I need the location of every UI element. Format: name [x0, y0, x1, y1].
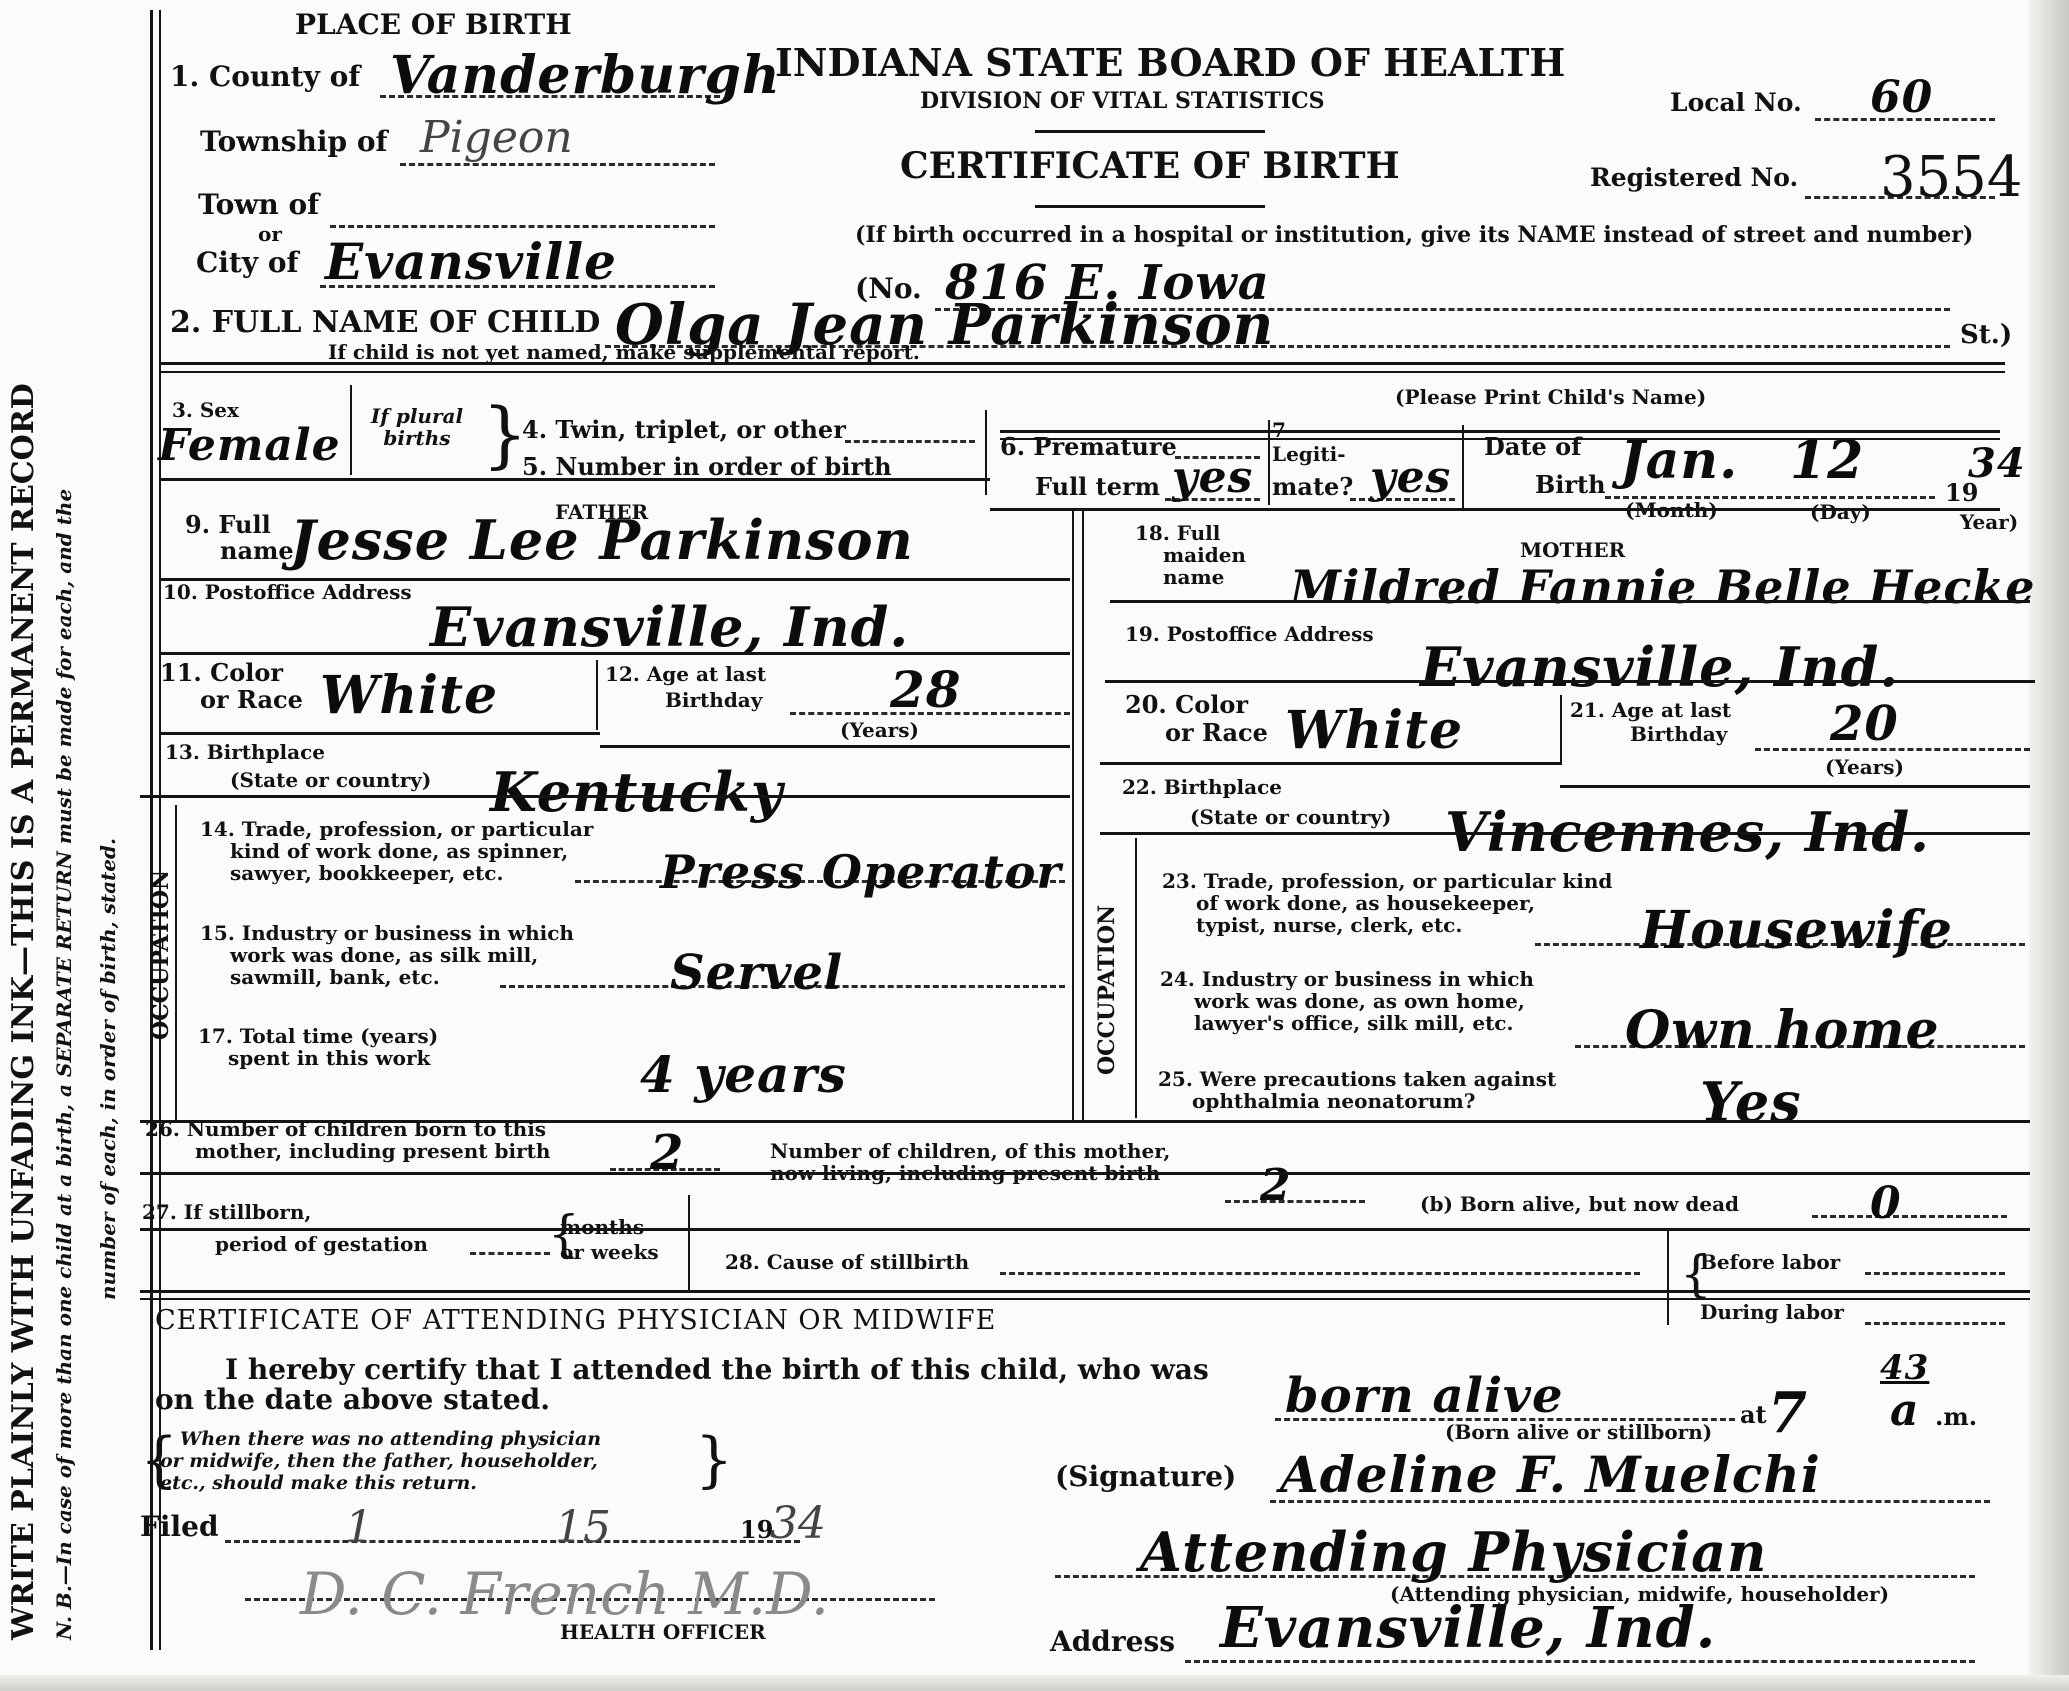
rule-mother-race	[1100, 762, 1560, 765]
gestation-line	[470, 1252, 550, 1255]
instruction-line1: When there was no attending physician	[160, 1428, 601, 1450]
during-labor-label: During labor	[1700, 1300, 1844, 1324]
father-name-value: Jesse Lee Parkinson	[290, 508, 914, 572]
legit-label-a: Legiti-	[1272, 442, 1346, 466]
mother-address-value: Evansville, Ind.	[1420, 635, 1899, 699]
mother-industry-label-line3: lawyer's office, silk mill, etc.	[1160, 1012, 1534, 1034]
father-trade-value: Press Operator	[660, 845, 1062, 899]
mother-industry-value: Own home	[1625, 1000, 1940, 1061]
father-occupation-divider	[175, 805, 177, 1120]
local-no-label: Local No.	[1670, 88, 1802, 117]
father-time-label-line2: spent in this work	[198, 1047, 438, 1069]
street-suffix: St.)	[1960, 320, 2012, 350]
children-living-value: 2	[1260, 1160, 1292, 1211]
mother-heading: MOTHER	[1520, 538, 1625, 562]
gestation-months: months	[560, 1215, 644, 1239]
father-birthplace-label-b: (State or country)	[230, 768, 431, 792]
mother-age-label-b: Birthday	[1630, 722, 1727, 746]
mother-trade-label: 23. Trade, profession, or particular kin…	[1162, 870, 1612, 936]
child-name-note: If child is not yet named, make suppleme…	[328, 340, 920, 364]
gestation-label-b: period of gestation	[215, 1232, 428, 1256]
fullterm-value: yes	[1172, 452, 1253, 503]
mother-race-label-b: or Race	[1165, 718, 1268, 747]
mother-precaution-label: 25. Were precautions taken against ophth…	[1158, 1068, 1556, 1112]
father-time-label-line1: 17. Total time (years)	[198, 1025, 438, 1047]
signature-label: (Signature)	[1055, 1460, 1236, 1493]
father-occupation-side-label: OCCUPATION	[148, 870, 174, 1040]
rule-father-birthplace	[140, 795, 1070, 798]
mother-trade-label-line3: typist, nurse, clerk, etc.	[1162, 914, 1612, 936]
plural-brace: }	[482, 392, 528, 476]
dob-label-b: Birth	[1535, 470, 1606, 499]
time-ampm: a	[1890, 1385, 1920, 1436]
father-trade-label-line2: kind of work done, as spinner,	[200, 840, 593, 862]
margin-note-line2: number of each, in order of birth, state…	[96, 838, 120, 1300]
center-divider	[1072, 510, 1074, 1120]
father-race-divider	[596, 660, 598, 730]
mother-name-label: 18. Full maiden name	[1135, 522, 1246, 588]
cause-line	[1000, 1272, 1640, 1275]
fullterm-label: Full term	[1035, 472, 1160, 501]
registered-no-value: 3554	[1880, 145, 2023, 210]
attendant-title-value: Attending Physician	[1140, 1520, 1767, 1584]
mother-race-value: White	[1285, 700, 1463, 761]
time-minutes: 43	[1880, 1348, 1929, 1388]
signature-value: Adeline F. Muelchi	[1280, 1445, 1821, 1504]
mother-birthplace-label-b: (State or country)	[1190, 805, 1391, 829]
father-race-label-a: 11. Color	[160, 658, 283, 687]
father-industry-label-line2: work was done, as silk mill,	[200, 944, 574, 966]
mother-name-label-line3: name	[1135, 566, 1246, 588]
day-caption: (Day)	[1810, 500, 1871, 524]
filed-year: 34	[770, 1498, 826, 1549]
legit-divider	[1462, 425, 1464, 510]
time-ampm-suffix: .m.	[1935, 1402, 1977, 1431]
father-birthplace-value: Kentucky	[490, 760, 783, 824]
rule-mother-name	[1110, 600, 2030, 603]
dob-label-a: Date of	[1484, 432, 1581, 461]
father-age-label-a: 12. Age at last	[605, 662, 766, 686]
born-alive-caption: (Born alive or stillborn)	[1445, 1420, 1712, 1444]
rule-after-children-left	[140, 1172, 2030, 1175]
instruction-line3: etc., should make this return.	[160, 1472, 601, 1494]
father-name-label-b: name	[220, 536, 294, 565]
center-divider-2	[1082, 510, 1084, 1120]
labor-divider	[1667, 1230, 1669, 1325]
at-label: at	[1740, 1400, 1767, 1429]
before-labor-line	[1865, 1272, 2005, 1275]
rule-after-sex-row	[160, 478, 990, 481]
twin-label: 4. Twin, triplet, or other	[522, 415, 846, 444]
premature-label: 6. Premature	[1000, 432, 1177, 461]
mother-race-divider	[1560, 695, 1562, 765]
mother-trade-label-line1: 23. Trade, profession, or particular kin…	[1162, 870, 1612, 892]
children-living-line	[1225, 1200, 1365, 1203]
order-label: 5. Number in order of birth	[522, 452, 892, 481]
mother-precaution-value: Yes	[1700, 1070, 1802, 1134]
time-hour: 7	[1768, 1380, 1808, 1446]
twin-line	[845, 440, 975, 443]
rule-mother-address	[1105, 680, 2035, 683]
mother-race-label-a: 20. Color	[1125, 690, 1248, 719]
children-dead-line	[1812, 1215, 2007, 1218]
children-living-label: Number of children, of this mother, now …	[770, 1140, 1170, 1184]
father-address-label: 10. Postoffice Address	[163, 580, 412, 604]
town-line	[330, 225, 715, 228]
health-officer-label: HEALTH OFFICER	[560, 1620, 766, 1644]
legit-value: yes	[1370, 452, 1451, 503]
dob-year: 34	[1968, 440, 2026, 487]
mother-name-label-line1: 18. Full	[1135, 522, 1246, 544]
mother-address-label: 19. Postoffice Address	[1125, 622, 1374, 646]
hospital-note: (If birth occurred in a hospital or inst…	[855, 222, 1973, 248]
rule-mother-birthplace	[1100, 832, 2030, 835]
father-trade-label-line3: sawyer, bookkeeper, etc.	[200, 862, 593, 884]
registered-no-label: Registered No.	[1590, 163, 1798, 192]
township-label: Township of	[200, 125, 388, 158]
place-of-birth-heading: PLACE OF BIRTH	[295, 8, 572, 41]
mother-industry-label-line1: 24. Industry or business in which	[1160, 968, 1534, 990]
gestation-label-a: 27. If stillborn,	[142, 1200, 311, 1224]
filed-label: Filed	[140, 1510, 219, 1543]
children-dead-value: 0	[1870, 1178, 1902, 1229]
father-industry-value: Servel	[670, 945, 843, 1001]
rule-after-dob-row	[990, 508, 2000, 511]
mother-years-caption: (Years)	[1825, 755, 1904, 779]
township-line	[400, 163, 715, 166]
mother-trade-label-line2: of work done, as housekeeper,	[1162, 892, 1612, 914]
mother-industry-label-line2: work was done, as own home,	[1160, 990, 1534, 1012]
instruction-line2: or midwife, then the father, householder…	[160, 1450, 601, 1472]
plural-births-label: If plural births	[362, 405, 472, 449]
agency-title: INDIANA STATE BOARD OF HEALTH	[775, 40, 1565, 85]
rule-father-address	[160, 652, 1070, 655]
cause-label: 28. Cause of stillbirth	[725, 1250, 969, 1274]
margin-permanent-record: WRITE PLAINLY WITH UNFADING INK—THIS IS …	[6, 383, 41, 1640]
scan-edge-right	[2029, 0, 2069, 1691]
during-labor-line	[1865, 1322, 2005, 1325]
legit-number: 7	[1272, 418, 1286, 442]
mother-age-label-a: 21. Age at last	[1570, 698, 1731, 722]
rule-before-certificate	[140, 1290, 2030, 1293]
dob-month: Jan.	[1620, 430, 1738, 491]
mother-occupation-divider	[1135, 838, 1137, 1118]
mother-name-value: Mildred Fannie Belle Hecke	[1290, 560, 2036, 614]
sex-divider	[350, 385, 352, 475]
rule-father-race	[160, 732, 600, 735]
mother-trade-value: Housewife	[1640, 900, 1953, 961]
certificate-statement-a: I hereby certify that I attended the bir…	[225, 1353, 1209, 1386]
father-time-label: 17. Total time (years) spent in this wor…	[198, 1025, 438, 1069]
father-age-label-b: Birthday	[665, 688, 762, 712]
father-trade-label: 14. Trade, profession, or particular kin…	[200, 818, 593, 884]
instruction-note: When there was no attending physician or…	[160, 1428, 601, 1494]
rule-after-name-2	[160, 371, 2005, 373]
father-age-value: 28	[890, 660, 962, 719]
gestation-divider	[688, 1195, 690, 1290]
certificate-heading: CERTIFICATE OF ATTENDING PHYSICIAN OR MI…	[155, 1305, 996, 1336]
before-labor-label: Before labor	[1700, 1250, 1840, 1274]
child-name-label: 2. FULL NAME OF CHILD	[170, 305, 600, 340]
rule-after-name	[160, 362, 2005, 365]
mother-occupation-side-label: OCCUPATION	[1094, 905, 1120, 1075]
children-born-label-line1: 26. Number of children born to this	[145, 1118, 550, 1140]
county-label: 1. County of	[170, 60, 360, 93]
town-label: Town of	[198, 188, 319, 221]
township-value: Pigeon	[420, 112, 573, 163]
title-rule-bottom	[1035, 205, 1265, 208]
certificate-address-label: Address	[1050, 1625, 1175, 1658]
father-race-label-b: or Race	[200, 685, 303, 714]
rule-after-children	[140, 1228, 2030, 1231]
left-border-rule	[150, 10, 153, 1650]
division-title: DIVISION OF VITAL STATISTICS	[920, 88, 1325, 114]
county-value: Vanderburgh	[390, 45, 781, 106]
certificate-statement-b: on the date above stated.	[155, 1383, 550, 1416]
sex-value: Female	[158, 420, 341, 471]
premature-divider	[1268, 420, 1270, 505]
mother-precaution-label-line1: 25. Were precautions taken against	[1158, 1068, 1556, 1090]
children-born-label-line2: mother, including present birth	[145, 1140, 550, 1162]
health-officer-signature: D. C. French M.D.	[300, 1560, 829, 1628]
children-born-label: 26. Number of children born to this moth…	[145, 1118, 550, 1162]
rule-mother-age	[1560, 785, 2030, 788]
legit-label-b: mate?	[1272, 472, 1353, 501]
local-no-value: 60	[1870, 72, 1933, 123]
father-time-value: 4 years	[640, 1045, 847, 1104]
father-trade-label-line1: 14. Trade, profession, or particular	[200, 818, 593, 840]
rule-father-age	[600, 745, 1070, 748]
print-name-note: (Please Print Child's Name)	[1395, 385, 1706, 409]
mother-industry-label: 24. Industry or business in which work w…	[1160, 968, 1534, 1034]
father-industry-label-line1: 15. Industry or business in which	[200, 922, 574, 944]
filed-day: 15	[555, 1502, 611, 1553]
scan-edge-bottom	[0, 1675, 2069, 1691]
margin-note-line1: N. B.—In case of more than one child at …	[52, 489, 76, 1640]
father-name-label-a: 9. Full	[185, 510, 271, 539]
mother-precaution-label-line2: ophthalmia neonatorum?	[1158, 1090, 1556, 1112]
city-value: Evansville	[325, 232, 617, 291]
children-dead-label: (b) Born alive, but now dead	[1420, 1192, 1739, 1216]
document-title: CERTIFICATE OF BIRTH	[900, 145, 1400, 187]
rule-before-certificate-2	[140, 1298, 2030, 1300]
born-alive-value: born alive	[1285, 1368, 1563, 1424]
father-birthplace-label-a: 13. Birthplace	[165, 740, 325, 764]
mother-age-value: 20	[1830, 696, 1899, 752]
filed-year-prefix: 19	[740, 1515, 773, 1544]
father-years-caption: (Years)	[840, 718, 919, 742]
plural-divider	[985, 410, 987, 495]
sex-label: 3. Sex	[172, 398, 239, 422]
mother-name-label-line2: maiden	[1135, 544, 1246, 566]
certificate-address-value: Evansville, Ind.	[1220, 1595, 1716, 1661]
filed-line	[225, 1540, 800, 1543]
filed-month: 1	[345, 1502, 373, 1553]
father-race-value: White	[320, 665, 498, 726]
father-address-value: Evansville, Ind.	[430, 595, 909, 659]
mother-birthplace-label-a: 22. Birthplace	[1122, 775, 1282, 799]
birth-certificate-scan: WRITE PLAINLY WITH UNFADING INK—THIS IS …	[0, 0, 2069, 1691]
father-industry-label: 15. Industry or business in which work w…	[200, 922, 574, 988]
children-living-label-line1: Number of children, of this mother,	[770, 1140, 1170, 1162]
year-caption: Year)	[1960, 510, 2018, 534]
or-label: or	[258, 222, 282, 246]
dob-day: 12	[1790, 430, 1864, 491]
city-label: City of	[196, 246, 299, 279]
gestation-weeks: or weeks	[560, 1240, 659, 1264]
title-rule-top	[1035, 130, 1265, 133]
instruction-brace-right: }	[695, 1425, 733, 1495]
